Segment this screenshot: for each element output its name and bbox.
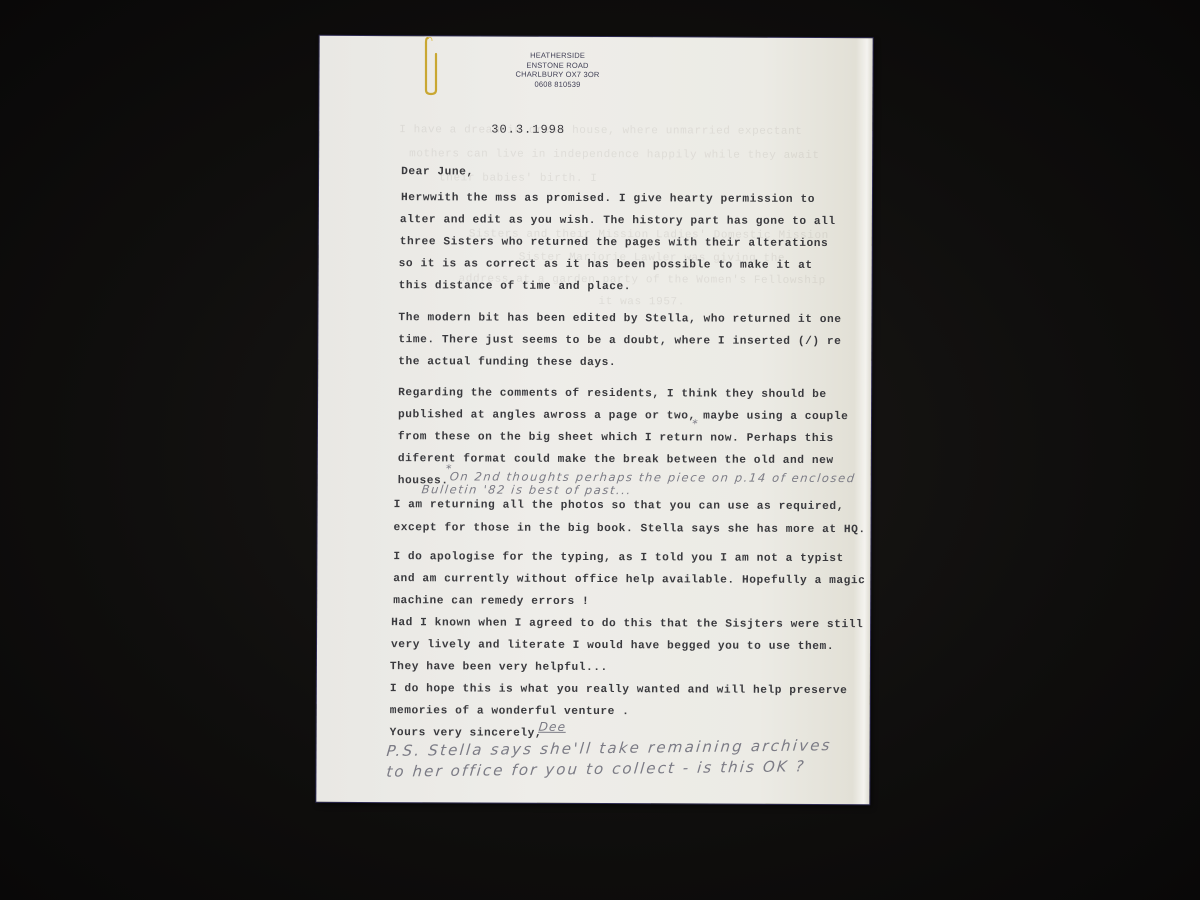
- body-line: They have been very helpful...: [390, 661, 608, 674]
- body-line: I do apologise for the typing, as I told…: [393, 551, 843, 565]
- body-line: the actual funding these days.: [398, 356, 616, 369]
- body-line: three Sisters who returned the pages wit…: [400, 236, 829, 250]
- salutation: Dear June,: [401, 166, 474, 178]
- body-line: except for those in the big book. Stella…: [394, 522, 866, 536]
- handwritten-postscript-line: to her office for you to collect - is th…: [386, 757, 807, 781]
- body-line: from these on the big sheet which I retu…: [398, 431, 834, 445]
- handwritten-postscript-line: P.S. Stella says she'll take remaining a…: [386, 736, 833, 760]
- body-line: this distance of time and place.: [399, 280, 631, 293]
- body-line: Regarding the comments of residents, I t…: [398, 387, 827, 401]
- show-through-text: mothers can live in independence happily…: [409, 148, 820, 162]
- body-line: very lively and literate I would have be…: [391, 639, 834, 653]
- body-line: so it is as correct as it has been possi…: [399, 258, 813, 272]
- letterhead-phone: 0608 810539: [487, 79, 627, 89]
- body-line: Herwwith the mss as promised. I give hea…: [401, 192, 815, 206]
- body-line: alter and edit as you wish. The history …: [400, 214, 836, 228]
- letter-date: 30.3.1998: [491, 123, 565, 137]
- body-line: I do hope this is what you really wanted…: [390, 683, 848, 697]
- handwritten-note-line: Bulletin '82 is best of past...: [421, 482, 633, 497]
- paperclip-icon: [422, 36, 442, 96]
- letterhead-town: CHARLBURY OX7 3OR: [487, 70, 627, 80]
- body-line: and am currently without office help ava…: [393, 573, 865, 587]
- body-line: diferent format could make the break bet…: [398, 453, 834, 467]
- body-line: time. There just seems to be a doubt, wh…: [398, 334, 841, 348]
- body-line: Had I known when I agreed to do this tha…: [391, 617, 863, 631]
- closing: Yours very sincerely,: [390, 727, 543, 740]
- letter-sheet: I have a dream in dream house, where unm…: [316, 36, 872, 804]
- handwritten-signature: Dee: [538, 720, 567, 734]
- letterhead-road: ENSTONE ROAD: [488, 60, 628, 70]
- body-line: memories of a wonderful venture .: [390, 705, 630, 718]
- insertion-mark: *: [691, 417, 699, 430]
- letterhead-address: HEATHERSIDE ENSTONE ROAD CHARLBURY OX7 3…: [487, 51, 627, 90]
- letterhead-house: HEATHERSIDE: [488, 51, 628, 61]
- show-through-text: it was 1957.: [598, 296, 684, 308]
- body-line: The modern bit has been edited by Stella…: [398, 312, 841, 326]
- body-line: I am returning all the photos so that yo…: [394, 499, 844, 513]
- show-through-text: I have a dream in dream house, where unm…: [399, 124, 802, 138]
- body-line: published at angles awross a page or two…: [398, 409, 848, 423]
- body-line: machine can remedy errors !: [393, 595, 589, 608]
